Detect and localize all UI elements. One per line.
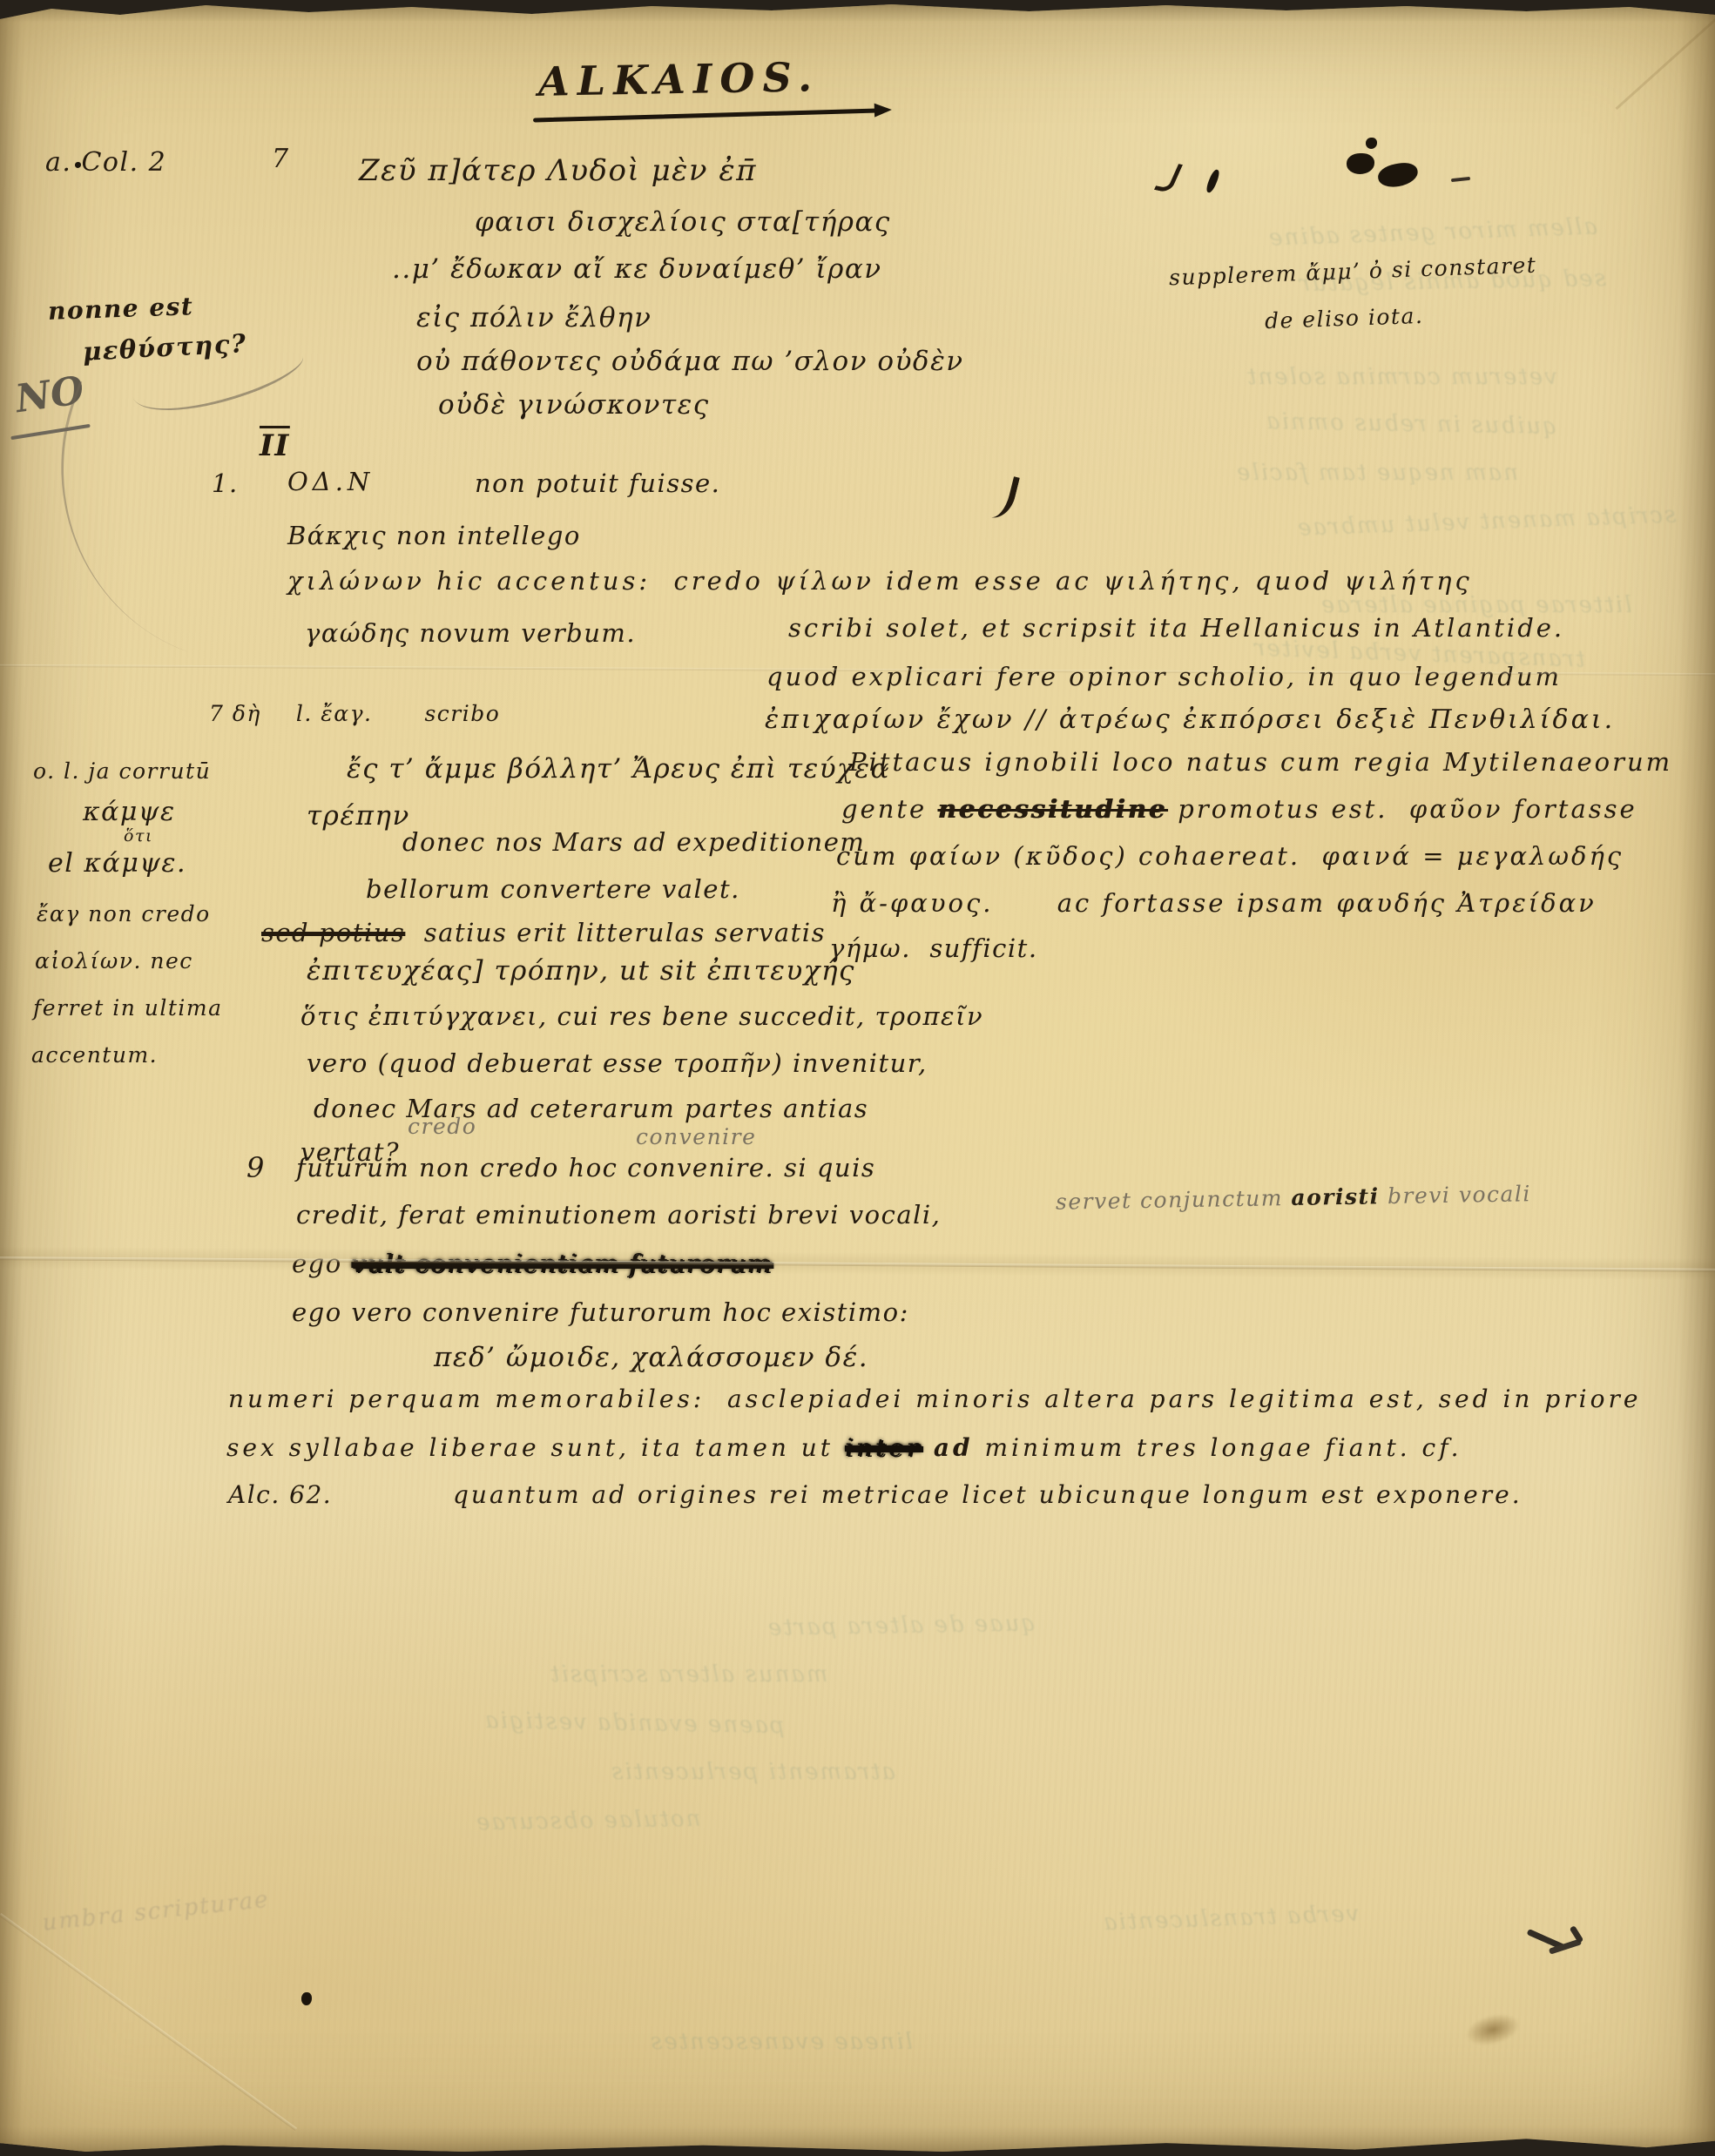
left-margin-note-line: ἔαγ non credo — [37, 902, 211, 926]
ghost-line: quae de altera parte — [766, 1610, 1036, 1641]
verse-line: τρέπην — [307, 801, 410, 831]
handwriting-text: ad — [922, 1433, 973, 1462]
poem-line: φαισι δισχελίοις στα[τήρας — [475, 207, 891, 237]
section-numeral: II — [260, 430, 290, 462]
ghost-line: lineae evanescentes — [649, 2029, 913, 2055]
bottom-paragraph-line: sex syllabae liberae sunt, ita tamen ut … — [226, 1435, 1462, 1462]
stain-smudge — [1462, 2009, 1523, 2051]
handwriting-text: minimum tres longae fiant. cf. — [974, 1433, 1462, 1462]
ghost-line: sed quod amnis legatur — [1298, 266, 1606, 297]
left-margin-note-line: ferret in ultima — [33, 996, 223, 1021]
commentary-line: donec nos Mars ad expeditionem — [402, 829, 865, 857]
commentary-line: Βάκχις non intellego — [287, 522, 581, 550]
left-margin-note-line: el κάμψε. — [48, 849, 186, 878]
paper-edge-shade — [0, 0, 24, 2156]
ghost-line: nam neque tam facile — [1235, 460, 1518, 486]
pencil-note-servet: servet conjunctum aoristi brevi vocali — [1056, 1182, 1531, 1214]
poem-line: Ζεῦ π]άτερ Λυδοὶ μὲν ἐπ̄ — [359, 155, 757, 187]
lemma: ΟΔ.Ν — [287, 468, 374, 496]
manuscript-page: ALKAIOS. a. Col. 2 7 Ζεῦ π]άτερ Λυδοὶ μὲ… — [0, 0, 1715, 2156]
paper-edge-shade — [0, 0, 1715, 23]
ink-speck — [301, 1992, 312, 2005]
commentary-line: gente necessitudine promotus est. φαῦον … — [841, 796, 1637, 824]
commentary-line: ὅτις ἐπιτύγχανει, cui res bene succedit,… — [300, 1003, 983, 1031]
ink-mark — [1205, 168, 1221, 193]
handwriting-text: scribo — [424, 701, 500, 726]
citation: Alc. 62. — [228, 1482, 332, 1509]
commentary-line: credit, ferat eminutionem aoristi brevi … — [296, 1202, 941, 1230]
fold-crease — [0, 1913, 297, 2131]
margin-note-supplement: de eliso iota. — [1265, 304, 1424, 334]
item-number: 1. — [212, 470, 239, 498]
fold-crease — [1616, 15, 1715, 110]
pencil-note: credo — [408, 1115, 476, 1139]
poem-line: εἰς πόλιν ἔλθην — [416, 303, 652, 333]
margin-note-ead: 7 δὴl. ἔαγ.scribo — [209, 702, 500, 726]
handwriting-text: sex syllabae liberae sunt, ita tamen ut — [226, 1433, 845, 1462]
page-title: ALKAIOS. — [538, 55, 820, 104]
struck-text: sed potius — [261, 918, 405, 947]
commentary-line: Pittacus ignobili loco natus cum regia M… — [849, 749, 1672, 777]
poem-line: οὐ πάθοντες οὐδάμα πω ’σλον οὐδὲν — [416, 347, 964, 376]
left-margin-note-line: accentum. — [31, 1043, 158, 1068]
paper-edge-shade — [1678, 0, 1715, 2156]
ink-blot — [1376, 160, 1420, 190]
handwriting-text: gente — [841, 794, 937, 824]
margin-query-line: nonne est — [48, 293, 194, 326]
left-margin-note-line: αἰολίων. nec — [35, 949, 193, 974]
poem-line: οὐδὲ γινώσκοντες — [438, 390, 710, 420]
ink-blot — [1366, 138, 1377, 149]
ghost-line: veterum carmina solent — [1246, 364, 1557, 390]
left-margin-note-line: κάμψε — [83, 798, 176, 826]
handwriting-text: l. ἔαγ. — [296, 701, 373, 726]
title-underline-arrow — [533, 108, 880, 122]
commentary-line: ἢ ἄ-φαυος. ac fortasse ipsam φαυδής Ἀτρε… — [831, 890, 1597, 918]
ghost-line: atramenti perlucentis — [610, 1759, 895, 1785]
struck-text: inter — [845, 1433, 922, 1462]
item-number: 9 — [246, 1153, 266, 1183]
commentary-line: ego vero convenire futurorum hoc existim… — [292, 1299, 909, 1327]
ghost-line: paene evanida vestigia — [483, 1708, 785, 1739]
struck-text: necessitudine — [937, 794, 1167, 824]
ghost-line: allem miror gentes adine — [1267, 213, 1598, 251]
left-margin-note-superscript: ὅτι — [124, 827, 153, 846]
pencil-text: brevi vocali — [1379, 1181, 1531, 1209]
verse-line: ἔς τ’ ἄμμε βόλλητ’ Ἄρευς ἐπὶ τεύχεα — [347, 754, 890, 784]
commentary-line: γήμω. sufficit. — [829, 935, 1038, 963]
ink-blot — [1347, 153, 1374, 174]
ink-hook-mark — [988, 473, 1020, 522]
ghost-line: manus altera scripsit — [549, 1661, 828, 1688]
bottom-paragraph-line: quantum ad origines rei metricae licet u… — [453, 1482, 1523, 1509]
commentary-line: non potuit fuisse. — [475, 470, 720, 498]
folio-reference: a. Col. 2 — [45, 148, 166, 177]
commentary-line: cum φαίων (κῦδος) cohaereat. φαινά = μεγ… — [836, 843, 1624, 871]
ghost-line: quibus in rebus omnia — [1265, 408, 1557, 440]
poem-line: ..μ’ ἔδωκαν αἴ κε δυναίμεθ’ ἴραν — [392, 254, 882, 284]
commentary-line: γαώδης novum verbum. — [305, 620, 636, 648]
commentary-line: bellorum convertere valet. — [366, 876, 740, 904]
ghost-line: notulae obscurae — [475, 1806, 701, 1836]
scanned-manuscript: { "title": "ALKAIOS.", "folio": {"ref": … — [0, 0, 1715, 2156]
verse-line: πεδ’ ὤμοιδε, χαλάσσομεν δέ. — [434, 1343, 868, 1372]
commentary-line: futurum non credo hoc convenire. si quis — [296, 1155, 875, 1182]
handwriting-text: 7 δὴ — [209, 701, 261, 726]
ink-check-mark — [1154, 161, 1183, 193]
pencil-note: convenire — [636, 1125, 756, 1149]
ghost-line: scripta manent velut umbrae — [1296, 502, 1677, 541]
bottom-paragraph-line: numeri perquam memorabiles: asclepiadei … — [228, 1386, 1641, 1413]
handwriting-text: promotus est. φαῦον fortasse — [1167, 794, 1637, 824]
pencil-curve — [5, 381, 262, 651]
paper-edge-shade — [0, 2126, 1715, 2156]
ghost-line: umbra scripturae — [41, 1886, 271, 1936]
folio-line-number: 7 — [272, 145, 290, 173]
commentary-line: ἐπιχαρίων ἔχων // ἀτρέως ἐκπόρσει δεξιὲ … — [765, 705, 1615, 734]
commentary-line: scribi solet, et scripsit ita Hellanicus… — [788, 615, 1564, 643]
commentary-line: ἐπιτευχέας] τρόπην, ut sit ἐπιτευχής — [307, 956, 855, 986]
commentary-line: χιλώνων hic accentus: credo ψίλων idem e… — [287, 568, 1473, 596]
pencil-dash — [1451, 177, 1470, 182]
commentary-line: sed potius satius erit litterulas servat… — [261, 920, 826, 947]
commentary-line: donec Mars ad ceterarum partes antias — [314, 1095, 868, 1123]
ghost-line: verba translucentia — [1102, 1901, 1360, 1936]
commentary-line: vero (quod debuerat esse τροπῆν) invenit… — [307, 1050, 928, 1078]
ghost-line: litterae paginae alterae — [1320, 592, 1631, 618]
left-margin-note-line: o. l. ja corrutū — [33, 759, 211, 784]
handwriting-text: satius erit litterulas servatis — [405, 918, 826, 947]
ink-text: aoristi — [1291, 1183, 1380, 1210]
pencil-text: servet conjunctum — [1056, 1185, 1292, 1215]
